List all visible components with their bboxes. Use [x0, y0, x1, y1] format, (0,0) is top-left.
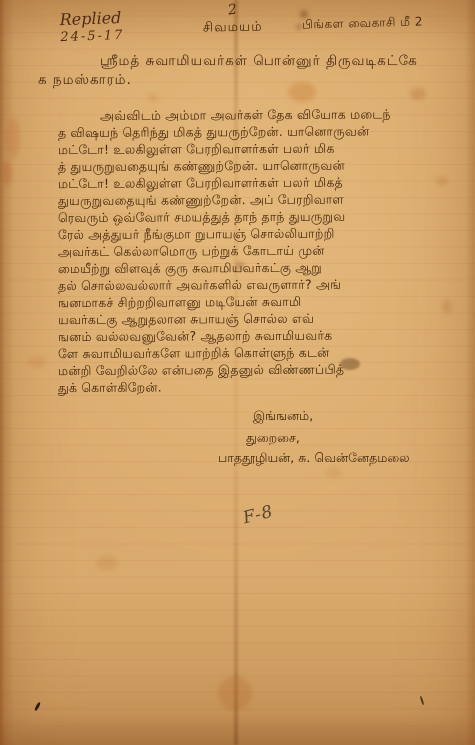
stain [218, 676, 252, 710]
replied-annotation: Replied 24-5-17 [59, 9, 124, 47]
body-line: ரேல் அத்துயர் நீங்குமா றுபாயஞ் சொல்லியாற… [58, 225, 471, 244]
body-line: ரெவரும் ஒவ்வோர் சமயத்துத் தாந் தாந் துயர… [58, 208, 471, 227]
replied-date: 24-5-17 [60, 27, 125, 47]
file-mark: F-8 [241, 502, 276, 529]
body-line: த விஷயந் தெரிந்து மிகத் துயருற்றேன். யான… [58, 123, 471, 142]
stain [326, 468, 342, 478]
stain [96, 556, 118, 570]
body-line: அவர்கட் கெல்லாமொரு பற்றுக் கோடாய் முன் [58, 242, 471, 261]
body-line: ளே சுவாமியவர்களே யாற்றிக் கொள்ளுந் கடன் [58, 344, 471, 363]
body-line: தல் சொல்லவல்லார் அவர்களில் எவருளார்? அங் [58, 276, 471, 295]
stain [410, 88, 426, 100]
body-line: மையீற்று விளவுக் குரு சுவாமியவர்கட்கு ஆற… [58, 259, 471, 278]
stain [28, 356, 46, 368]
body-line: மட்டோ! உலகிலுள்ள பேரறிவாளர்கள் பலர் மிக [58, 140, 471, 159]
ink-mark [420, 696, 425, 705]
body-line: த் துயருறுவதையுங் கண்ணுற்றேன். யானொருவன் [58, 157, 471, 176]
stain [2, 160, 12, 186]
closing-line: இங்ஙனம், [253, 408, 313, 425]
invocation-heading: சிவமயம் [203, 19, 263, 36]
page-number: 2 [227, 1, 238, 18]
tamil-date-line: பிங்கள வைகாசி மீ 2 [302, 14, 423, 33]
body-line: துக் கொள்கிறேன். [58, 378, 471, 397]
ink-mark [34, 702, 41, 711]
letter-page: Replied 24-5-17 2 சிவமயம் பிங்கள வைகாசி … [0, 0, 475, 745]
body-line: ஙனமாகச் சிற்றறிவாளனு மடியேன் சுவாமி [58, 293, 471, 312]
signature-line: பாததூழியன், சு. வென்னேதமலை [218, 450, 410, 467]
stain [148, 94, 158, 102]
body-line: துயருறுவதையுங் கண்ணுற்றேன். அப் பேரறிவாள [58, 191, 471, 210]
salutation-line: க நமஸ்காரம். [38, 72, 132, 90]
stain [6, 118, 20, 158]
stain [288, 82, 316, 102]
body-line: ஙனம் வல்லவனுவேன்? ஆதலாற் சுவாமியவர்க [58, 327, 471, 346]
closing-place: துறைசை, [246, 430, 300, 447]
salutation-line: ஸ்ரீமத் சுவாமியவர்கள் பொன்னுர் திருவடிகட… [100, 53, 418, 71]
body-line: மட்டோ! உலகிலுள்ள பேரறிவாளர்கள் பலர் மிகத… [58, 174, 471, 193]
replied-word: Replied [59, 9, 124, 29]
body-line: அவ்விடம் அம்மா அவர்கள் தேக வியோக மடைந் [100, 106, 471, 125]
body-line: மன்றி வேறில்லே என்பதை இதனுல் விண்ணப்பித் [58, 361, 471, 380]
body-line: யவர்கட்கு ஆறுதலான சுபாயஞ் சொல்ல எவ் [58, 310, 471, 329]
